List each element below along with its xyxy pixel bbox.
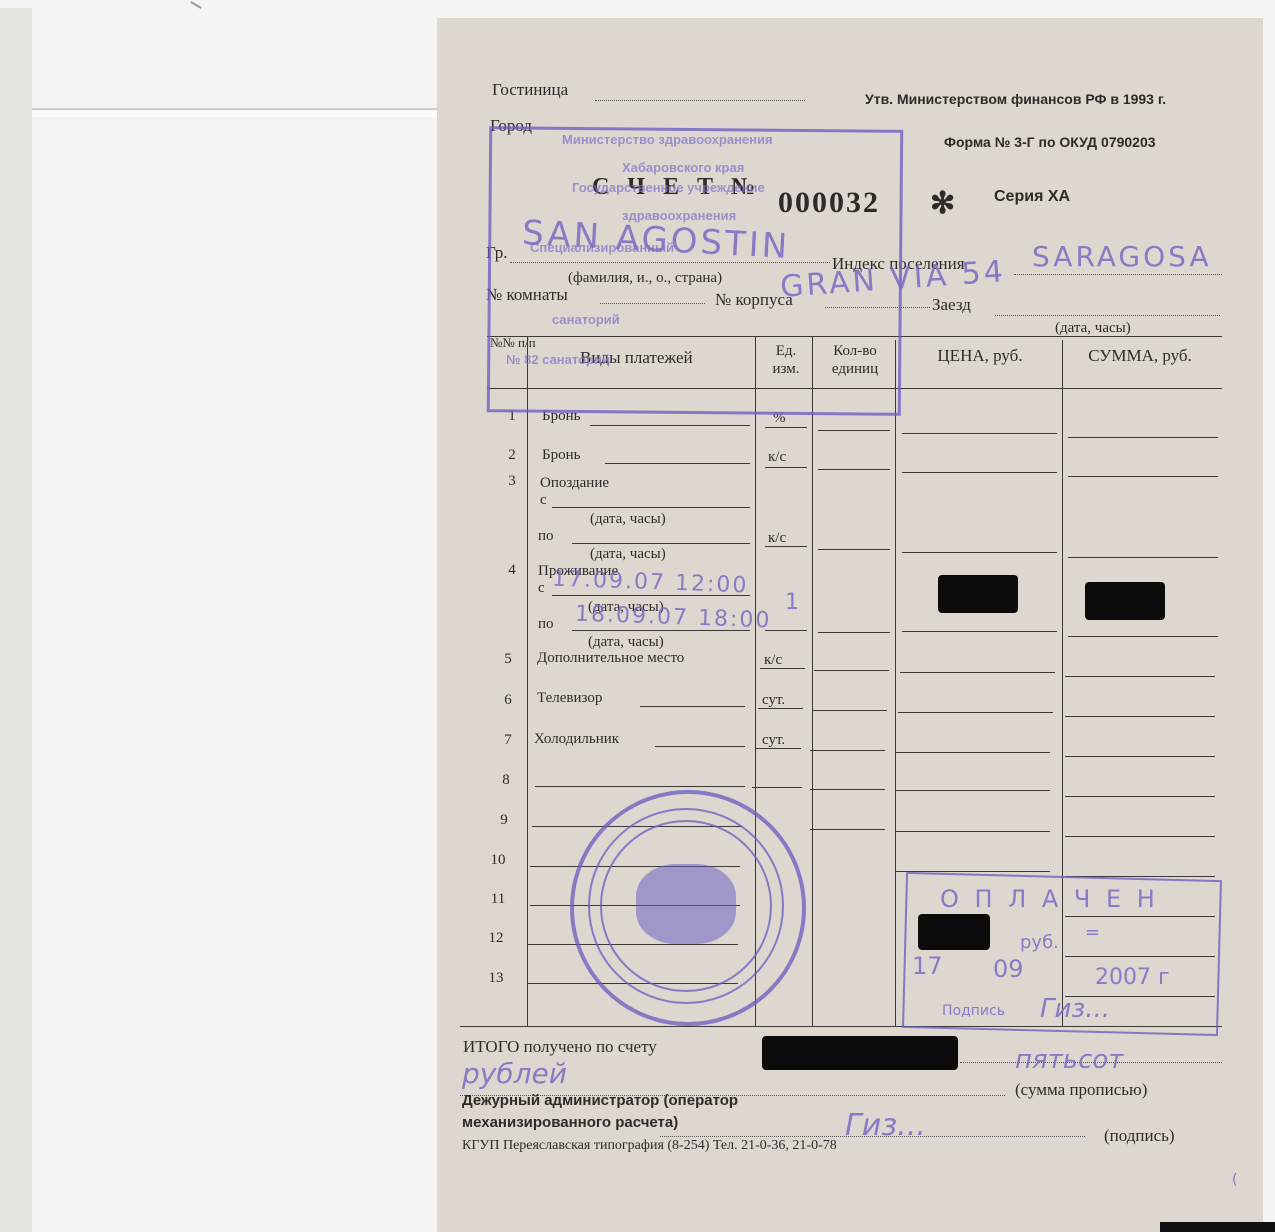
to-line [572,543,750,544]
row-number: 6 [490,692,526,709]
unit-line [765,630,807,631]
row-number: 13 [478,970,514,987]
row-label: Холодильник [534,731,619,748]
row-number: 10 [480,852,516,869]
scanner-tape-strip [0,8,32,1232]
date-caption: (дата, часы) [588,634,664,651]
scan-scratch [190,1,201,9]
row-number: 7 [490,732,526,749]
price-line [898,712,1053,713]
paid-month: 09 [993,955,1024,983]
admin-label-line1: Дежурный администратор (оператор [462,1092,738,1109]
words-caption: (сумма прописью) [1015,1080,1147,1100]
total-words-handwritten-1: пятьсот [1015,1045,1123,1075]
col-divider-3 [812,336,813,1026]
sum-line [1065,796,1215,797]
total-redaction [762,1036,958,1070]
price-line [902,552,1057,553]
row-label: Телевизор [537,690,602,707]
row-fill-line [590,425,750,426]
unit-line [752,787,802,788]
signature-caption: (подпись) [1104,1126,1175,1146]
sum-line [1068,437,1218,438]
to-label: по [538,616,554,633]
row-fill-line [640,706,745,707]
paid-signature: Гиз... [1040,994,1110,1024]
form-number: Форма № 3-Г по ОКУД 0790203 [944,134,1156,150]
col-divider-1 [527,336,528,1026]
qty-line [818,430,890,431]
paid-currency: руб. [1020,932,1059,953]
sum-line [1065,676,1215,677]
unit-line [765,546,807,547]
admin-label-line2: механизированного расчета) [462,1114,678,1131]
row-number: 4 [494,562,530,579]
total-label: ИТОГО получено по счету [463,1037,657,1057]
from-label: с [538,580,545,597]
row-label: Дополнительное место [537,650,684,667]
date-caption: (дата, часы) [590,511,666,528]
qty-line [818,469,890,470]
stamp-line: № 82 санаторий [506,352,610,367]
from-label: с [540,492,547,509]
qty-line [810,750,885,751]
paid-amount-redaction [918,914,990,950]
price-line [902,631,1057,632]
row-number: 3 [494,473,530,490]
row-fill-line [655,746,745,747]
col-divider-4 [895,340,896,1026]
sum-line [1068,636,1218,637]
unit-line [765,427,807,428]
qty-line [814,670,889,671]
row-number: 9 [486,812,522,829]
sum-line [1065,836,1215,837]
header-price: ЦЕНА, руб. [915,346,1045,366]
paid-day: 17 [912,952,943,980]
hotel-field [595,100,805,101]
arrival-field [995,315,1220,316]
unit-line [760,668,805,669]
row-label: Бронь [542,447,580,464]
row-unit: к/с [768,449,786,466]
admin-signature: Гиз... [845,1108,926,1143]
series-label: Серия ХА [994,188,1070,206]
qty-line [818,549,890,550]
price-redaction [938,575,1018,613]
qty-line [810,829,885,830]
qty-line [818,632,890,633]
price-line [895,790,1050,791]
price-line [902,433,1057,434]
sum-line [1068,476,1218,477]
row-number: 12 [478,930,514,947]
to-label: по [538,528,554,545]
background-fold-highlight [32,111,437,117]
approval-note: Утв. Министерством финансов РФ в 1993 г. [865,91,1166,107]
stay-qty-mark: 1 [785,590,799,615]
arrival-label: Заезд [932,295,971,315]
round-seal-stamp [570,790,806,1026]
price-line [895,831,1050,832]
scan-right-edge [1263,0,1275,1232]
index-handwritten: SARAGOSA [1032,240,1212,273]
hotel-label: Гостиница [492,80,568,100]
row-number: 8 [488,772,524,789]
printer-imprint: КГУП Переяславская типография (8-254) Те… [462,1138,837,1154]
paid-stamp-title: О П Л А Ч Е Н [940,885,1159,913]
stamp-line: Министерство здравоохранения [562,132,773,147]
price-line [895,752,1050,753]
unit-line [765,467,807,468]
stamp-line: Хабаровского края [622,160,744,175]
row-unit: к/с [764,652,782,669]
index-field [1014,274,1222,275]
price-line [902,472,1057,473]
sum-line [1065,716,1215,717]
unit-line [758,708,803,709]
row-unit: сут. [762,692,785,709]
sum-line [1065,756,1215,757]
background-fold-line [32,108,437,110]
row-fill-line [605,463,750,464]
total-words-handwritten-2: рублей [462,1057,567,1090]
from-line [552,507,750,508]
paid-sign-label: Подпись [942,1003,1005,1019]
unit-line [756,748,801,749]
row-number: 5 [490,651,526,668]
stamp-line: Государственное учреждение [572,180,765,195]
sum-redaction [1085,582,1165,620]
row-unit: сут. [762,732,785,749]
header-sum: СУММА, руб. [1075,346,1205,366]
scan-bottom-shadow [1160,1222,1275,1232]
sum-line [1068,557,1218,558]
ink-mark: ( [1232,1172,1237,1188]
row-fill-line [535,786,745,787]
paid-year: 2007 г [1095,965,1170,990]
series-symbol-icon: ✻ [930,186,955,221]
date-caption: (дата, часы) [590,546,666,563]
qty-line [812,710,887,711]
paid-kop: = [1085,922,1100,943]
qty-line [810,789,885,790]
price-line [900,672,1055,673]
stamp-line: санаторий [552,312,620,327]
row-number: 11 [480,891,516,908]
row-unit: к/с [768,530,786,547]
row-label: Опоздание [540,475,609,492]
row-number: 2 [494,447,530,464]
arrival-caption: (дата, часы) [1055,320,1131,337]
